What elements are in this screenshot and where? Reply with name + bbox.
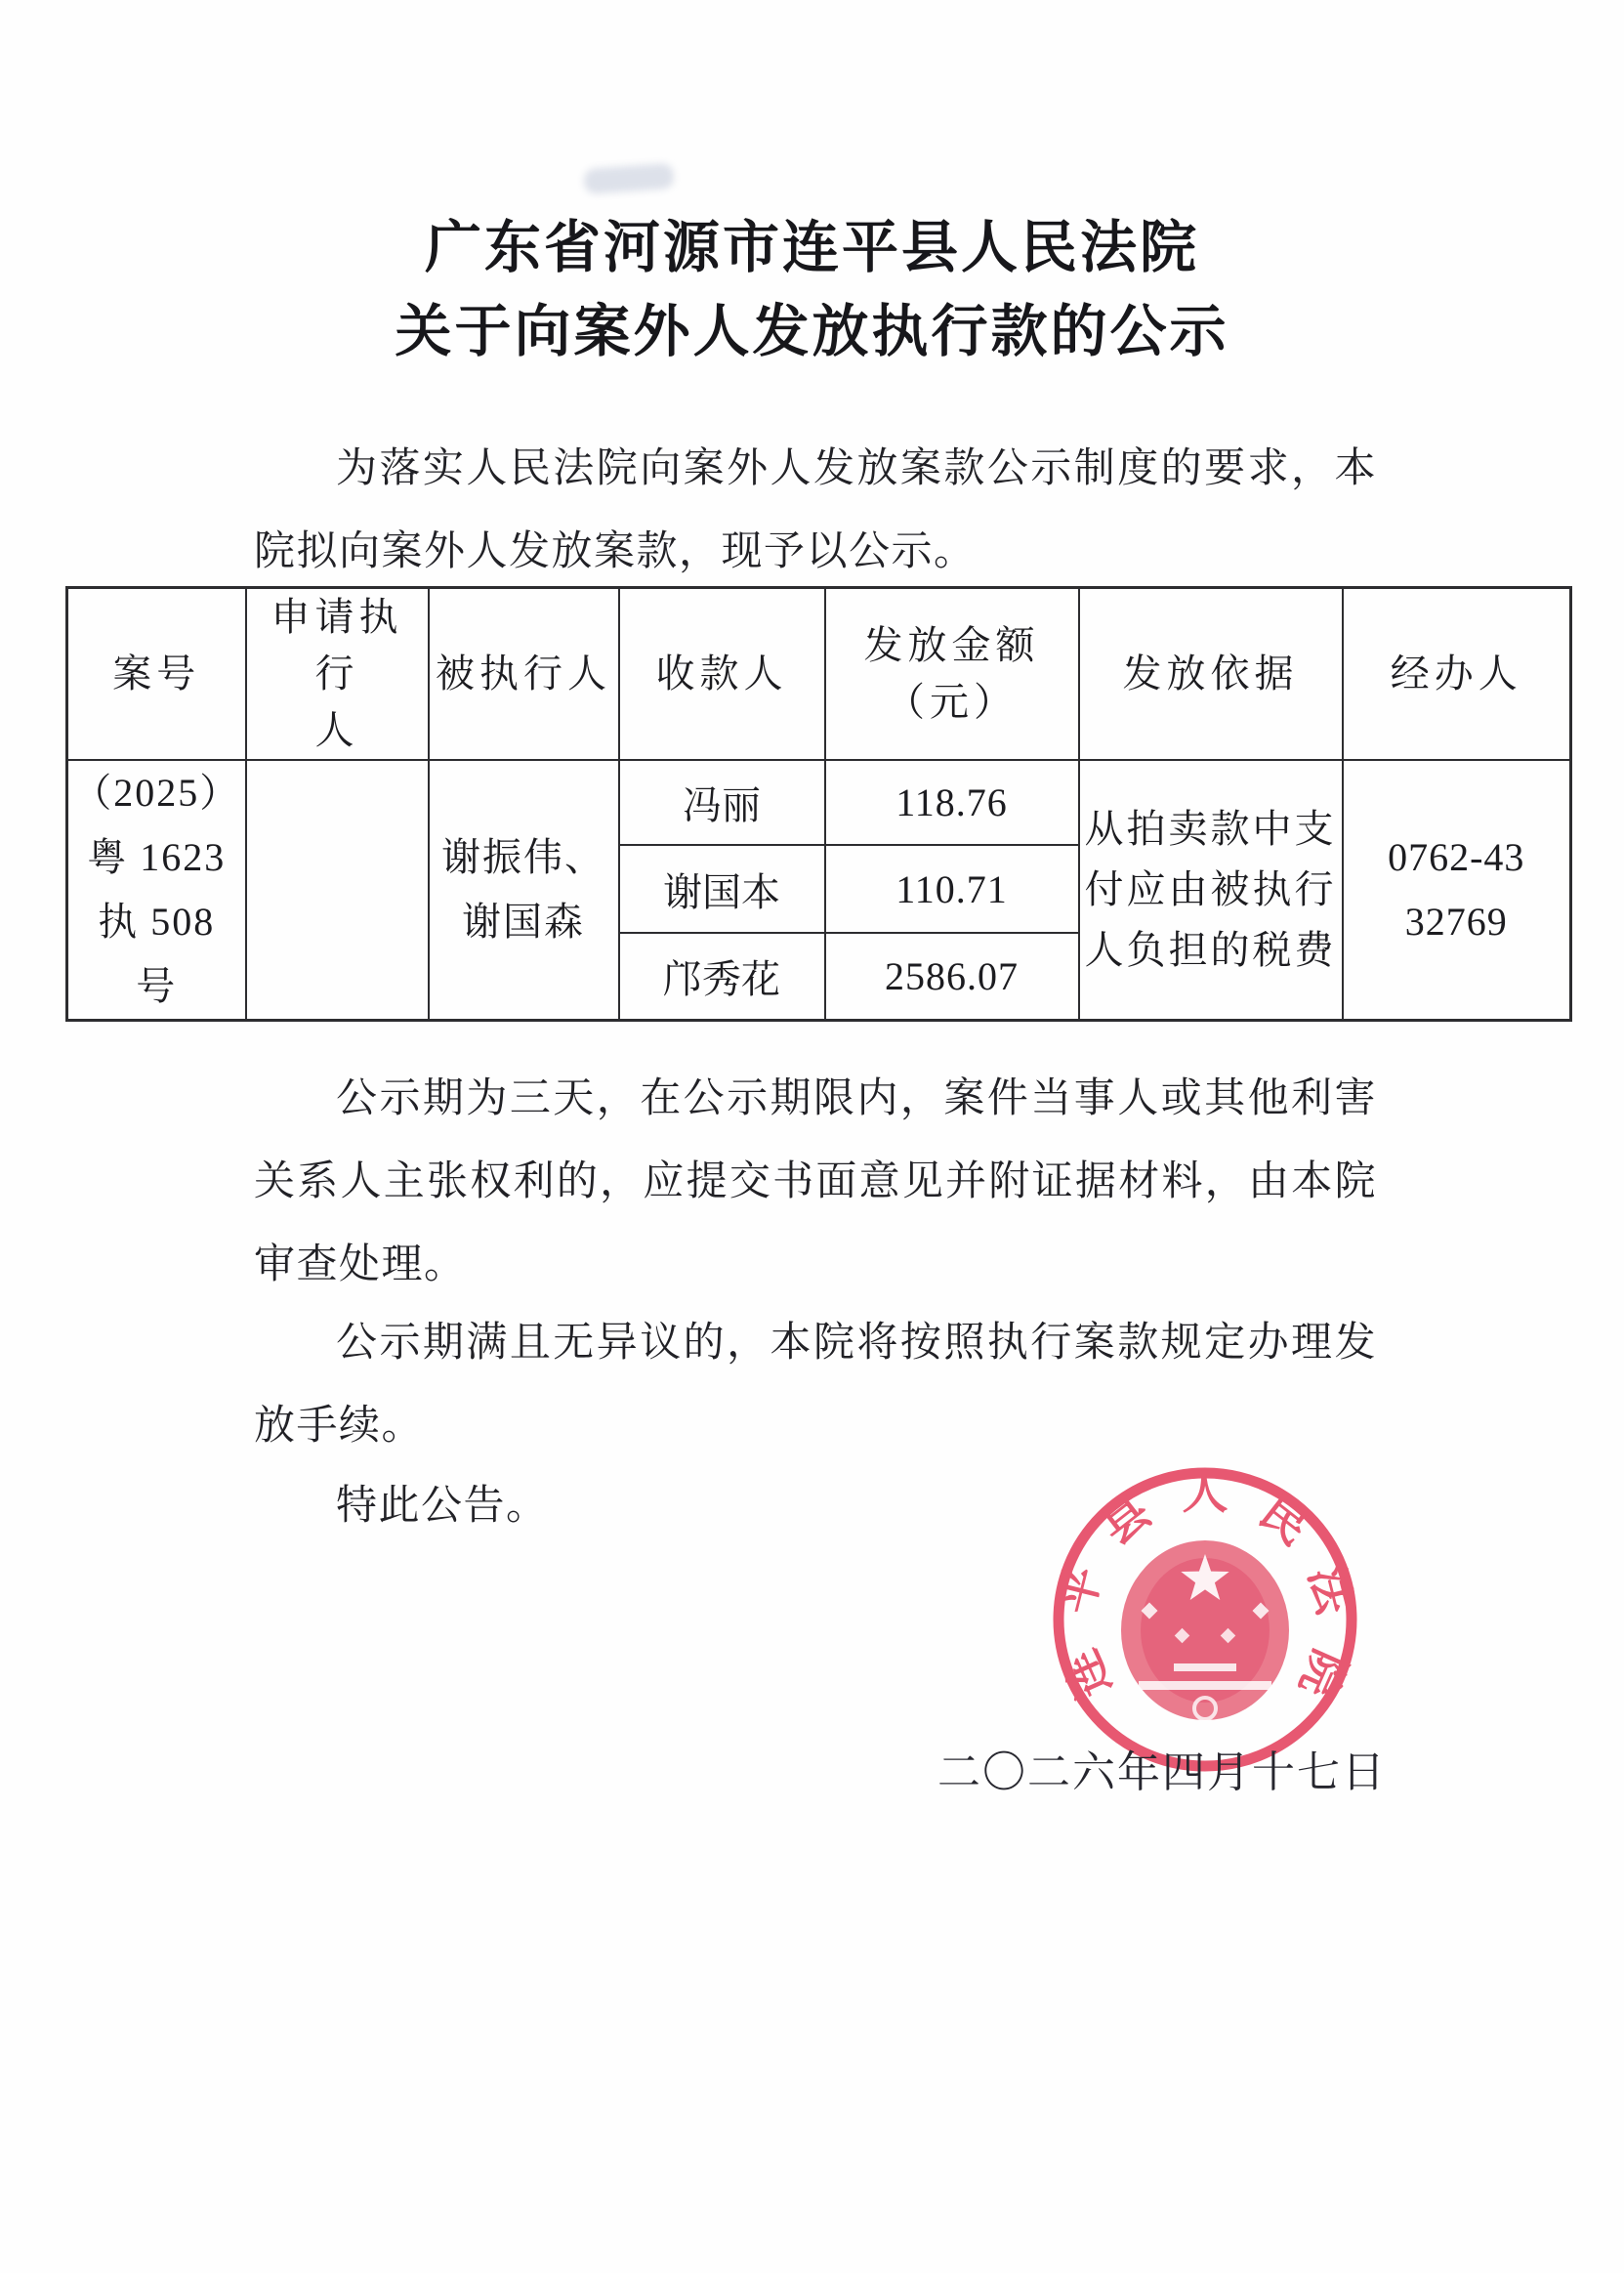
header-amount: 发放金额（元）: [825, 588, 1079, 761]
header-case-number: 案号: [67, 588, 246, 761]
seal-text-char: 民: [1250, 1487, 1317, 1555]
case-number-cell: （2025） 粤 1623 执 508 号: [67, 760, 246, 1021]
scan-smudge: [583, 163, 675, 194]
judgment-debtor-cell: 谢振伟、 谢国森: [429, 760, 619, 1021]
seal-text-char: 县: [1093, 1487, 1160, 1555]
national-emblem: [1121, 1540, 1289, 1720]
payee-amount-cell: 118.76: [825, 760, 1079, 845]
table-header-row: 案号 申请执行人 被执行人 收款人 发放金额（元） 发放依据 经办人: [67, 588, 1571, 761]
document-page: 广东省河源市连平县人民法院 关于向案外人发放执行款的公示 为落实人民法院向案外人…: [0, 0, 1624, 2273]
distribution-table: 案号 申请执行人 被执行人 收款人 发放金额（元） 发放依据 经办人 （2025…: [65, 586, 1572, 1022]
no-objection-paragraph: 公示期满且无异议的，本院将按照执行案款规定办理发放手续。: [254, 1302, 1377, 1468]
seal-text-char: 人: [1183, 1468, 1228, 1519]
issue-date: 二〇二六年四月十七日: [937, 1737, 1387, 1799]
payee-amount-cell: 110.71: [825, 845, 1079, 933]
intro-paragraph: 为落实人民法院向案外人发放案款公示制度的要求，本院拟向案外人发放案款，现予以公示…: [254, 428, 1377, 594]
payee-name-cell: 谢国本: [619, 845, 825, 933]
court-seal: 连 平 县 人 民 法 院: [1048, 1462, 1362, 1777]
payee-amount-cell: 2586.07: [825, 933, 1079, 1021]
payee-name-cell: 邝秀花: [619, 933, 825, 1021]
basis-cell: 从拍卖款中支 付应由被执行 人负担的税费: [1079, 760, 1343, 1021]
handler-cell: 0762-43 32769: [1343, 760, 1571, 1021]
document-title-line2: 关于向案外人发放执行款的公示: [0, 293, 1624, 371]
table-row: （2025） 粤 1623 执 508 号 谢振伟、 谢国森 冯丽 118.76…: [67, 760, 1571, 845]
applicant-cell: [246, 760, 429, 1021]
header-judgment-debtor: 被执行人: [429, 588, 619, 761]
header-handler: 经办人: [1343, 588, 1571, 761]
payee-name-cell: 冯丽: [619, 760, 825, 845]
document-title-line1: 广东省河源市连平县人民法院: [0, 209, 1624, 287]
header-payee: 收款人: [619, 588, 825, 761]
header-applicant: 申请执行人: [246, 588, 429, 761]
header-basis: 发放依据: [1079, 588, 1343, 761]
notice-period-paragraph: 公示期为三天，在公示期限内，案件当事人或其他利害关系人主张权利的，应提交书面意见…: [254, 1058, 1377, 1307]
